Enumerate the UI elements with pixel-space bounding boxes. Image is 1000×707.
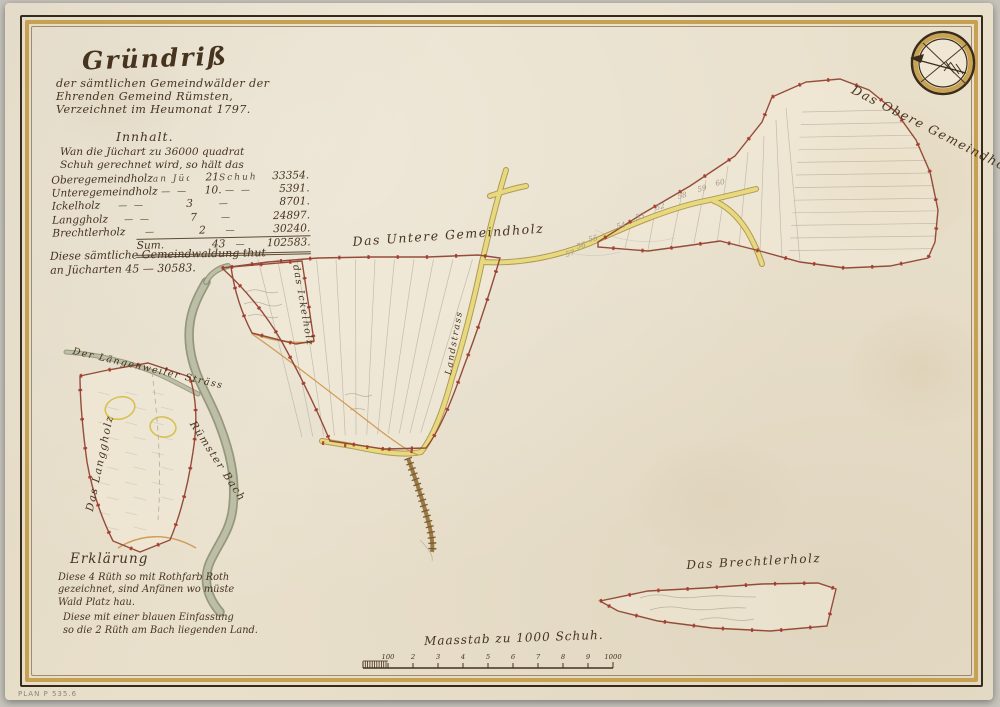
innhalt-cell: 21 (189, 171, 219, 184)
archive-stamp: PLAN P 535.6 (18, 690, 77, 698)
scale-tick-label: 100 (382, 653, 396, 661)
innhalt-cell: — (193, 199, 256, 210)
scale-tick-label: 1000 (604, 653, 622, 661)
innhalt-cell: — (197, 212, 256, 223)
innhalt-cell: Brechtlerholz (52, 226, 125, 240)
innhalt-cell: Ickelholz (52, 200, 101, 213)
erklaerung-line: Diese 4 Rüth so mit Rothfarb Roth (58, 572, 258, 584)
innhalt-cell: Oberegemeindholz (51, 173, 153, 187)
map-title: Gründriß (82, 41, 229, 75)
innhalt-cell: 3 (163, 198, 193, 211)
scale-tick-label: 9 (586, 653, 591, 661)
scanned-map-page: { "document": { "archive_stamp": "PLAN P… (0, 0, 1000, 707)
scale-tick-label: 3 (436, 653, 440, 661)
innhalt-cell: 8701. (256, 196, 310, 209)
map-subtitle-line: der sämtlichen Gemeindwälder der (56, 78, 269, 91)
innhalt-cell: an Jüchart (153, 174, 189, 185)
scale-bar (363, 661, 613, 668)
innhalt-cell: Unteregemeindholz (51, 186, 157, 200)
scale-tick-label: 5 (486, 653, 490, 661)
scale-tick-label: 4 (460, 653, 465, 661)
innhalt-cell: 33354. (255, 169, 309, 182)
erklaerung-line: Diese mit einer blauen Einfassung (63, 612, 258, 624)
innhalt-cell: — — (221, 186, 255, 197)
innhalt-intro-line: Schuh gerechnet wird, so hält das (60, 159, 244, 172)
innhalt-cell: Langgholz (52, 213, 108, 226)
compass-rose (910, 32, 974, 94)
scale-tick-label: 7 (536, 653, 541, 661)
map-subtitle-line: Verzeichnet im Heumonat 1797. (56, 104, 269, 117)
erklaerung-line: Wald Platz hau. (58, 597, 258, 609)
innhalt-cell: — (206, 225, 257, 236)
innhalt-cell: — (125, 227, 176, 238)
scale-tick-label: 6 (511, 653, 516, 661)
innhalt-cell: 5391. (255, 182, 309, 195)
erklaerung-line: gezeichnet, sind Anfänen wo müste (58, 584, 258, 596)
innhalt-intro-line: Wan die Jüchart zu 36000 quadrat (60, 146, 244, 159)
hatched-track (408, 458, 432, 552)
scale-tick-labels: 100234567891000 (382, 653, 623, 661)
map-subtitle-line: Ehrenden Gemeind Rümsten, (56, 91, 269, 104)
scale-tick-label: 8 (561, 653, 566, 661)
innhalt-cell: — — (108, 214, 167, 225)
scale-tick-label: 2 (410, 653, 415, 661)
pencil-number: 56 (575, 240, 587, 251)
innhalt-heading: Innhalt. (116, 129, 174, 144)
innhalt-cell: — — (100, 201, 163, 212)
innhalt-cell: Schuh (219, 172, 255, 183)
innhalt-table: Oberegemeindholzan Jüchart21Schuh33354.U… (51, 169, 311, 259)
innhalt-cell: 10. (191, 184, 221, 197)
innhalt-cell: 2 (176, 224, 206, 237)
innhalt-cell: 30240. (256, 222, 310, 235)
erklaerung-heading: Erklärung (70, 551, 148, 567)
innhalt-cell: 24897. (256, 209, 310, 222)
innhalt-cell: 7 (167, 211, 197, 224)
innhalt-cell: — — (158, 187, 192, 198)
erklaerung-line: so die 2 Rüth am Bach liegenden Land. (63, 625, 258, 637)
